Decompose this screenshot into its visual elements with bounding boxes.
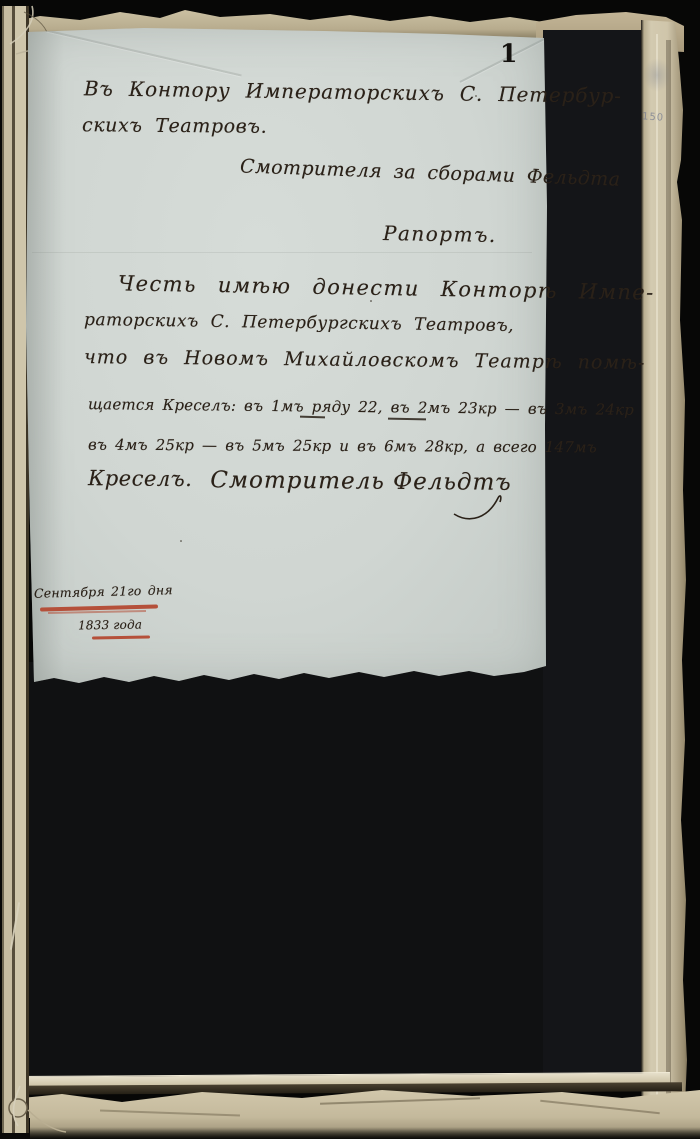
report-title: Рапортъ.	[383, 221, 497, 247]
bleedthrough-marks: 150	[642, 111, 665, 124]
page-number: 1	[500, 39, 517, 68]
archival-photo: 150 1 Въ Контору Императорскихъ С. Петер…	[0, 0, 700, 1139]
mask-block-bottom	[26, 662, 543, 1083]
address-line-2: скихъ Театровъ.	[82, 114, 267, 138]
body-line-6: Креселъ.	[88, 466, 193, 493]
binding-edge-left	[2, 6, 29, 1133]
bleedthrough-smudge	[643, 58, 671, 92]
binding-knot	[0, 1080, 70, 1139]
signature-row: Креселъ. Смотритель Фельдтъ	[88, 466, 512, 496]
bottom-shadow-fade	[0, 1127, 700, 1139]
underpages-right-edge	[641, 20, 689, 1127]
body-line-5: въ 4мъ 25кр — въ 5мъ 25кр и въ 6мъ 28кр,…	[88, 436, 597, 457]
signature-flourish	[452, 492, 504, 526]
ink-speck	[180, 540, 182, 542]
ink-speck	[475, 95, 477, 97]
right-edge-highlight	[656, 34, 658, 1104]
date-line-2: 1833 года	[78, 617, 142, 632]
right-edge-fold-shadow	[666, 40, 671, 1100]
ink-speck	[370, 300, 372, 302]
